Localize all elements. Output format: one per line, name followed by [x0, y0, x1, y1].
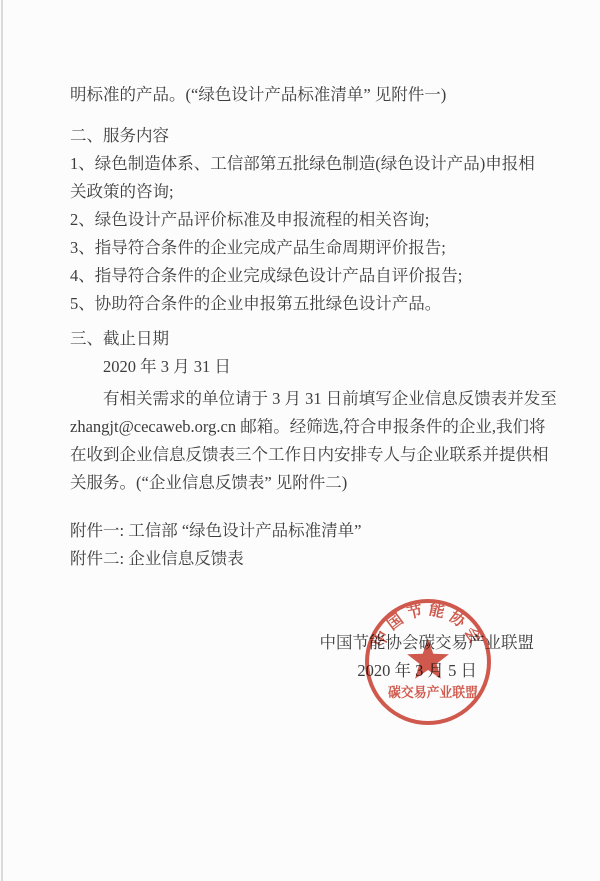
section-services-heading: 二、服务内容	[70, 122, 534, 150]
text-line: zhangjt@cecaweb.org.cn 邮箱。经筛选,符合申报条件的企业,…	[70, 413, 534, 441]
signature-block: 中国节能协会碳交易产业联盟 2020 年 3 月 5 日	[70, 629, 534, 685]
signature-organization: 中国节能协会碳交易产业联盟	[70, 629, 534, 657]
text-line: 2、绿色设计产品评价标准及申报流程的相关咨询;	[70, 206, 534, 234]
text-line: 3、指导符合条件的企业完成产品生命周期评价报告;	[70, 234, 534, 262]
scanned-document-page: 明标准的产品。(“绿色设计产品标准清单” 见附件一) 二、服务内容 1、绿色制造…	[0, 0, 600, 881]
text-line: 关服务。(“企业信息反馈表” 见附件二)	[70, 469, 534, 497]
scan-edge-artifact	[1, 0, 3, 881]
text-line: 附件二: 企业信息反馈表	[70, 545, 534, 573]
section-deadline-heading: 三、截止日期	[70, 325, 534, 353]
text-line: 1、绿色制造体系、工信部第五批绿色制造(绿色设计产品)申报相	[70, 150, 534, 178]
text-line: 在收到企业信息反馈表三个工作日内安排专人与企业联系并提供相	[70, 441, 534, 469]
text-line: 4、指导符合条件的企业完成绿色设计产品自评价报告;	[70, 262, 534, 290]
attachments-list: 附件一: 工信部 “绿色设计产品标准清单”附件二: 企业信息反馈表	[70, 517, 534, 573]
intro-line: 明标准的产品。(“绿色设计产品标准清单” 见附件一)	[70, 81, 534, 109]
notice-paragraph: 有相关需求的单位请于 3 月 31 日前填写企业信息反馈表并发至zhangjt@…	[70, 385, 534, 497]
signature-date: 2020 年 3 月 5 日	[70, 657, 534, 685]
seal-bottom-text: 碳交易产业联盟	[388, 684, 478, 700]
deadline-date: 2020 年 3 月 31 日	[70, 353, 534, 381]
text-line: 有相关需求的单位请于 3 月 31 日前填写企业信息反馈表并发至	[70, 385, 534, 413]
text-line: 关政策的咨询;	[70, 178, 534, 206]
text-line: 附件一: 工信部 “绿色设计产品标准清单”	[70, 517, 534, 545]
text-line: 5、协助符合条件的企业申报第五批绿色设计产品。	[70, 290, 534, 318]
service-items-list: 1、绿色制造体系、工信部第五批绿色制造(绿色设计产品)申报相关政策的咨询;2、绿…	[70, 150, 534, 318]
